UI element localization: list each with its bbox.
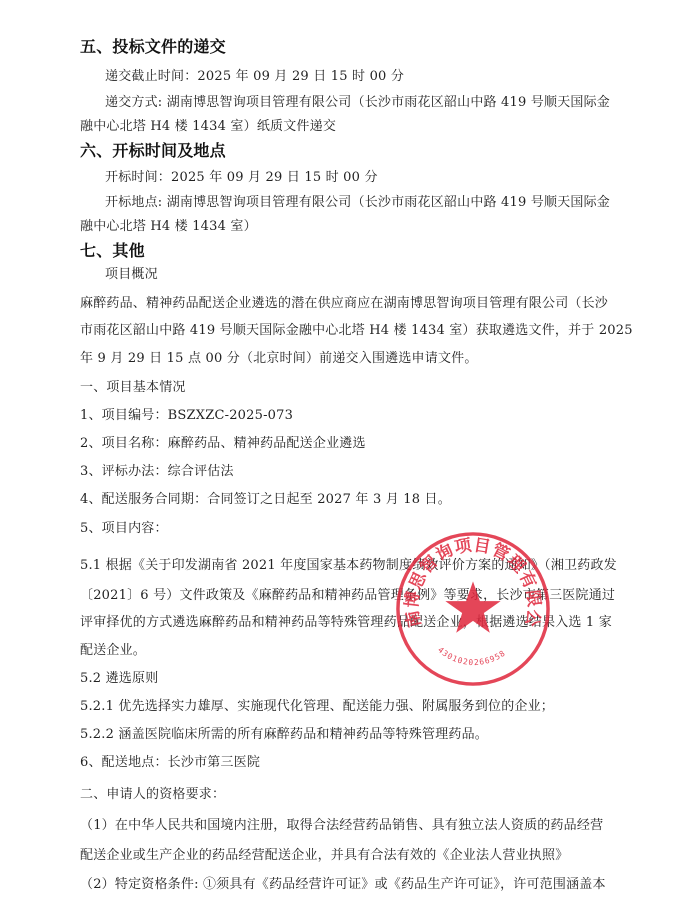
overview-line3: 年 9 月 29 日 15 点 00 分（北京时间）前递交入围遴选申请文件。: [80, 351, 478, 367]
section-6-heading: 六、开标时间及地点: [80, 141, 226, 161]
item-5-1-line3: 评审择优的方式遴选麻醉药品和精神药品等特殊管理药品配送企业，根据遴选结果入选 1…: [80, 615, 612, 631]
overview-line2: 市雨花区韶山中路 419 号顺天国际金融中心北塔 H4 楼 1434 室）获取遴…: [80, 323, 633, 339]
project-name: 2、项目名称：麻醉药品、精神药品配送企业遴选: [80, 436, 366, 452]
selection-principles-heading: 5.2 遴选原则: [80, 671, 158, 687]
section-5-heading: 五、投标文件的递交: [80, 37, 226, 57]
item-5-1-line2: 〔2021〕6 号）文件政策及《麻醉药品和精神药品管理条例》等要求，长沙市第三医…: [80, 588, 615, 604]
principle-5-2-2: 5.2.2 涵盖医院临床所需的所有麻醉药品和精神药品等特殊管理药品。: [80, 727, 488, 743]
principle-5-2-1: 5.2.1 优先选择实力雄厚、实施现代化管理、配送能力强、附属服务到位的企业；: [80, 699, 554, 715]
qualification-1-line1: （1）在中华人民共和国境内注册，取得合法经营药品销售、具有独立法人资质的药品经营: [80, 818, 603, 834]
overview-line1: 麻醉药品、精神药品配送企业遴选的潜在供应商应在湖南博思智询项目管理有限公司（长沙: [80, 296, 608, 312]
opening-time: 开标时间：2025 年 09 月 29 日 15 时 00 分: [105, 170, 378, 186]
overview-label: 项目概况: [105, 267, 158, 283]
submission-method-line1: 递交方式: 湖南博思智询项目管理有限公司（长沙市雨花区韶山中路 419 号顺天国…: [105, 95, 610, 111]
project-content-label: 5、项目内容：: [80, 521, 168, 537]
project-number: 1、项目编号：BSZXZC-2025-073: [80, 408, 293, 424]
section-7-heading: 七、其他: [80, 241, 145, 261]
company-seal-stamp: 湖南博思智询项目管理有限公司 4301020266958: [394, 530, 552, 688]
item-5-1-line1: 5.1 根据《关于印发湖南省 2021 年度国家基本药物制度绩效评价方案的通知》…: [80, 558, 617, 574]
qualification-2-line1: （2）特定资格条件: ①须具有《药品经营许可证》或《药品生产许可证》，许可范围涵…: [80, 877, 606, 893]
submission-method-line2: 融中心北塔 H4 楼 1434 室）纸质文件递交: [80, 119, 336, 135]
delivery-location: 6、配送地点：长沙市第三医院: [80, 755, 260, 771]
evaluation-method: 3、评标办法：综合评估法: [80, 464, 234, 480]
submission-deadline: 递交截止时间：2025 年 09 月 29 日 15 时 00 分: [105, 69, 404, 85]
basic-info-heading: 一、项目基本情况: [80, 380, 186, 396]
svg-text:4301020266958: 4301020266958: [436, 645, 507, 667]
contract-period: 4、配送服务合同期：合同签订之日起至 2027 年 3 月 18 日。: [80, 492, 451, 508]
qualification-heading: 二、申请人的资格要求：: [80, 787, 225, 803]
document-page: 五、投标文件的递交 递交截止时间：2025 年 09 月 29 日 15 时 0…: [0, 0, 680, 918]
opening-place-line2: 融中心北塔 H4 楼 1434 室）: [80, 219, 257, 235]
opening-place-line1: 开标地点: 湖南博思智询项目管理有限公司（长沙市雨花区韶山中路 419 号顺天国…: [105, 195, 610, 211]
qualification-1-line2: 配送企业或生产企业的药品经营配送企业，并具有合法有效的《企业法人营业执照》: [80, 848, 568, 864]
item-5-1-line4: 配送企业。: [80, 643, 146, 659]
